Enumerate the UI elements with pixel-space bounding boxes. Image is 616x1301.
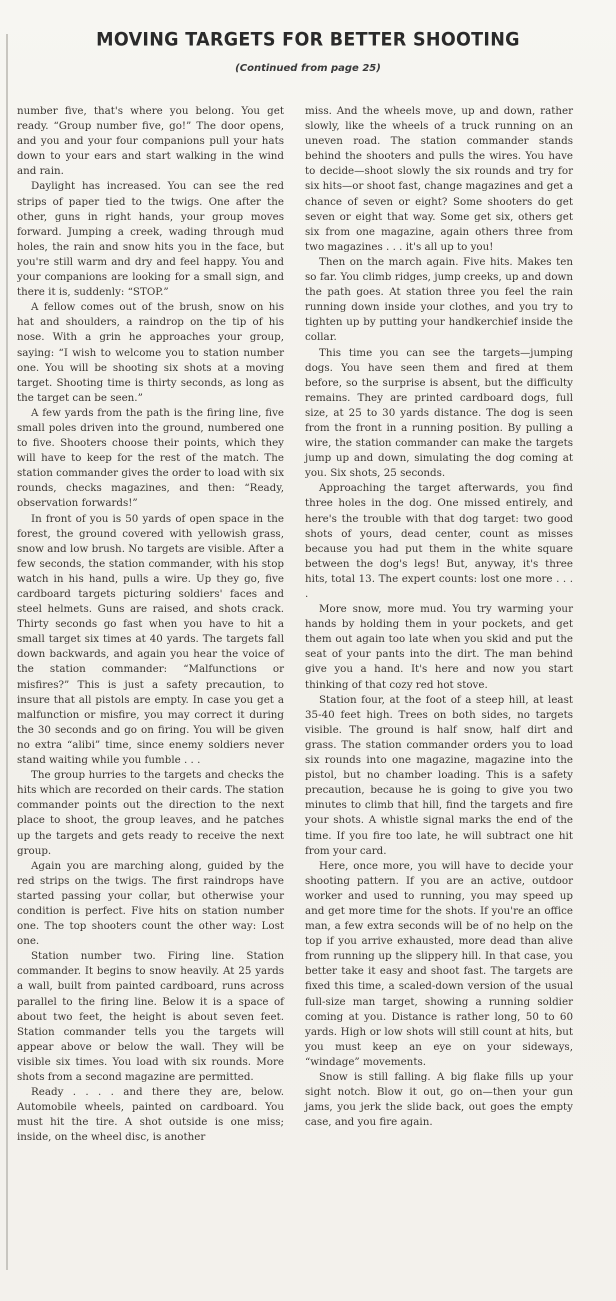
- paragraph: Ready . . . . and there they are, below.…: [17, 1085, 284, 1145]
- paragraph: A fellow comes out of the brush, snow on…: [17, 300, 284, 406]
- paragraph: Station four, at the foot of a steep hil…: [305, 693, 573, 859]
- paragraph: Snow is still falling. A big flake fills…: [305, 1070, 573, 1130]
- paragraph: Daylight has increased. You can see the …: [17, 179, 284, 300]
- right-column: miss. And the wheels move, up and down, …: [305, 104, 573, 1130]
- article-title: MOVING TARGETS FOR BETTER SHOOTING: [0, 29, 616, 51]
- continued-note: (Continued from page 25): [0, 63, 616, 74]
- paragraph: miss. And the wheels move, up and down, …: [305, 104, 573, 255]
- magazine-page: MOVING TARGETS FOR BETTER SHOOTING (Cont…: [0, 0, 616, 1301]
- paragraph: This time you can see the targets—jumpin…: [305, 346, 573, 482]
- left-column: number five, that's where you belong. Yo…: [17, 104, 284, 1145]
- paragraph: number five, that's where you belong. Yo…: [17, 104, 284, 179]
- paragraph: More snow, more mud. You try warming you…: [305, 602, 573, 693]
- paragraph: In front of you is 50 yards of open spac…: [17, 512, 284, 769]
- paragraph: A few yards from the path is the firing …: [17, 406, 284, 512]
- paragraph: Again you are marching along, guided by …: [17, 859, 284, 950]
- page-edge-rule: [6, 34, 8, 1270]
- paragraph: Here, once more, you will have to decide…: [305, 859, 573, 1070]
- paragraph: Then on the march again. Five hits. Make…: [305, 255, 573, 346]
- paragraph: Station number two. Firing line. Station…: [17, 949, 284, 1085]
- paragraph: Approaching the target afterwards, you f…: [305, 481, 573, 602]
- paragraph: The group hurries to the targets and che…: [17, 768, 284, 859]
